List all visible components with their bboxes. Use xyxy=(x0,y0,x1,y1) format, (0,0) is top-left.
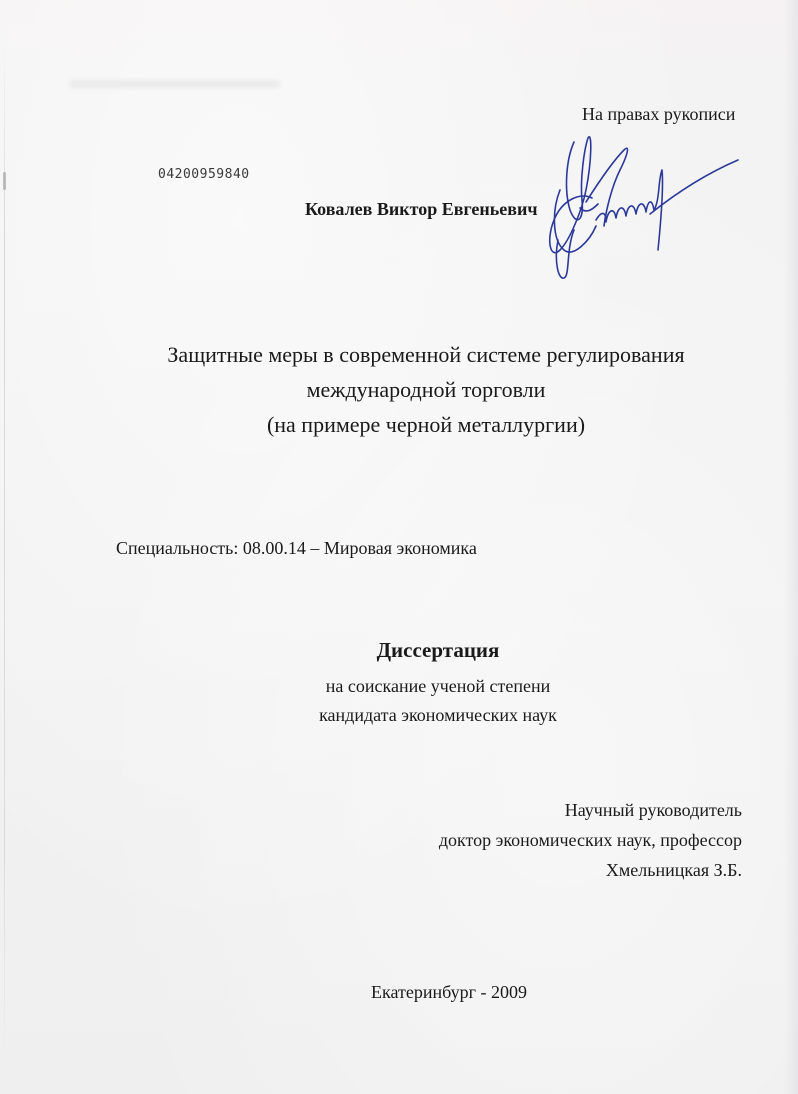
rights-notice: На правах рукописи xyxy=(582,105,735,123)
degree-line-2: кандидата экономических наук xyxy=(0,701,798,730)
title-line-2: международной торговли xyxy=(0,372,798,407)
signature-icon xyxy=(540,130,740,290)
author-name: Ковалев Виктор Евгеньевич xyxy=(305,200,538,218)
scan-shadow-right xyxy=(784,0,798,1094)
scanned-page: На правах рукописи 04200959840 Ковалев В… xyxy=(0,0,798,1094)
degree-line-1: на соискание ученой степени xyxy=(0,672,798,701)
scan-mark xyxy=(3,172,6,190)
archive-id: 04200959840 xyxy=(158,167,250,182)
scan-edge-left xyxy=(4,40,5,1070)
title-line-1: Защитные меры в современной системе регу… xyxy=(0,337,798,372)
city-year: Екатеринбург - 2009 xyxy=(371,983,527,1001)
specialty: Специальность: 08.00.14 – Мировая эконом… xyxy=(116,539,477,557)
work-type-block: Диссертация на соискание ученой степени … xyxy=(0,638,798,730)
supervisor-credentials: доктор экономических наук, профессор xyxy=(439,825,742,855)
supervisor-block: Научный руководитель доктор экономически… xyxy=(439,795,742,885)
scan-ghost-mark xyxy=(70,80,280,88)
title-line-3: (на примере черной металлургии) xyxy=(0,407,798,442)
work-type: Диссертация xyxy=(0,638,798,662)
dissertation-title: Защитные меры в современной системе регу… xyxy=(0,337,798,442)
supervisor-label: Научный руководитель xyxy=(439,795,742,825)
supervisor-name: Хмельницкая З.Б. xyxy=(439,855,742,885)
